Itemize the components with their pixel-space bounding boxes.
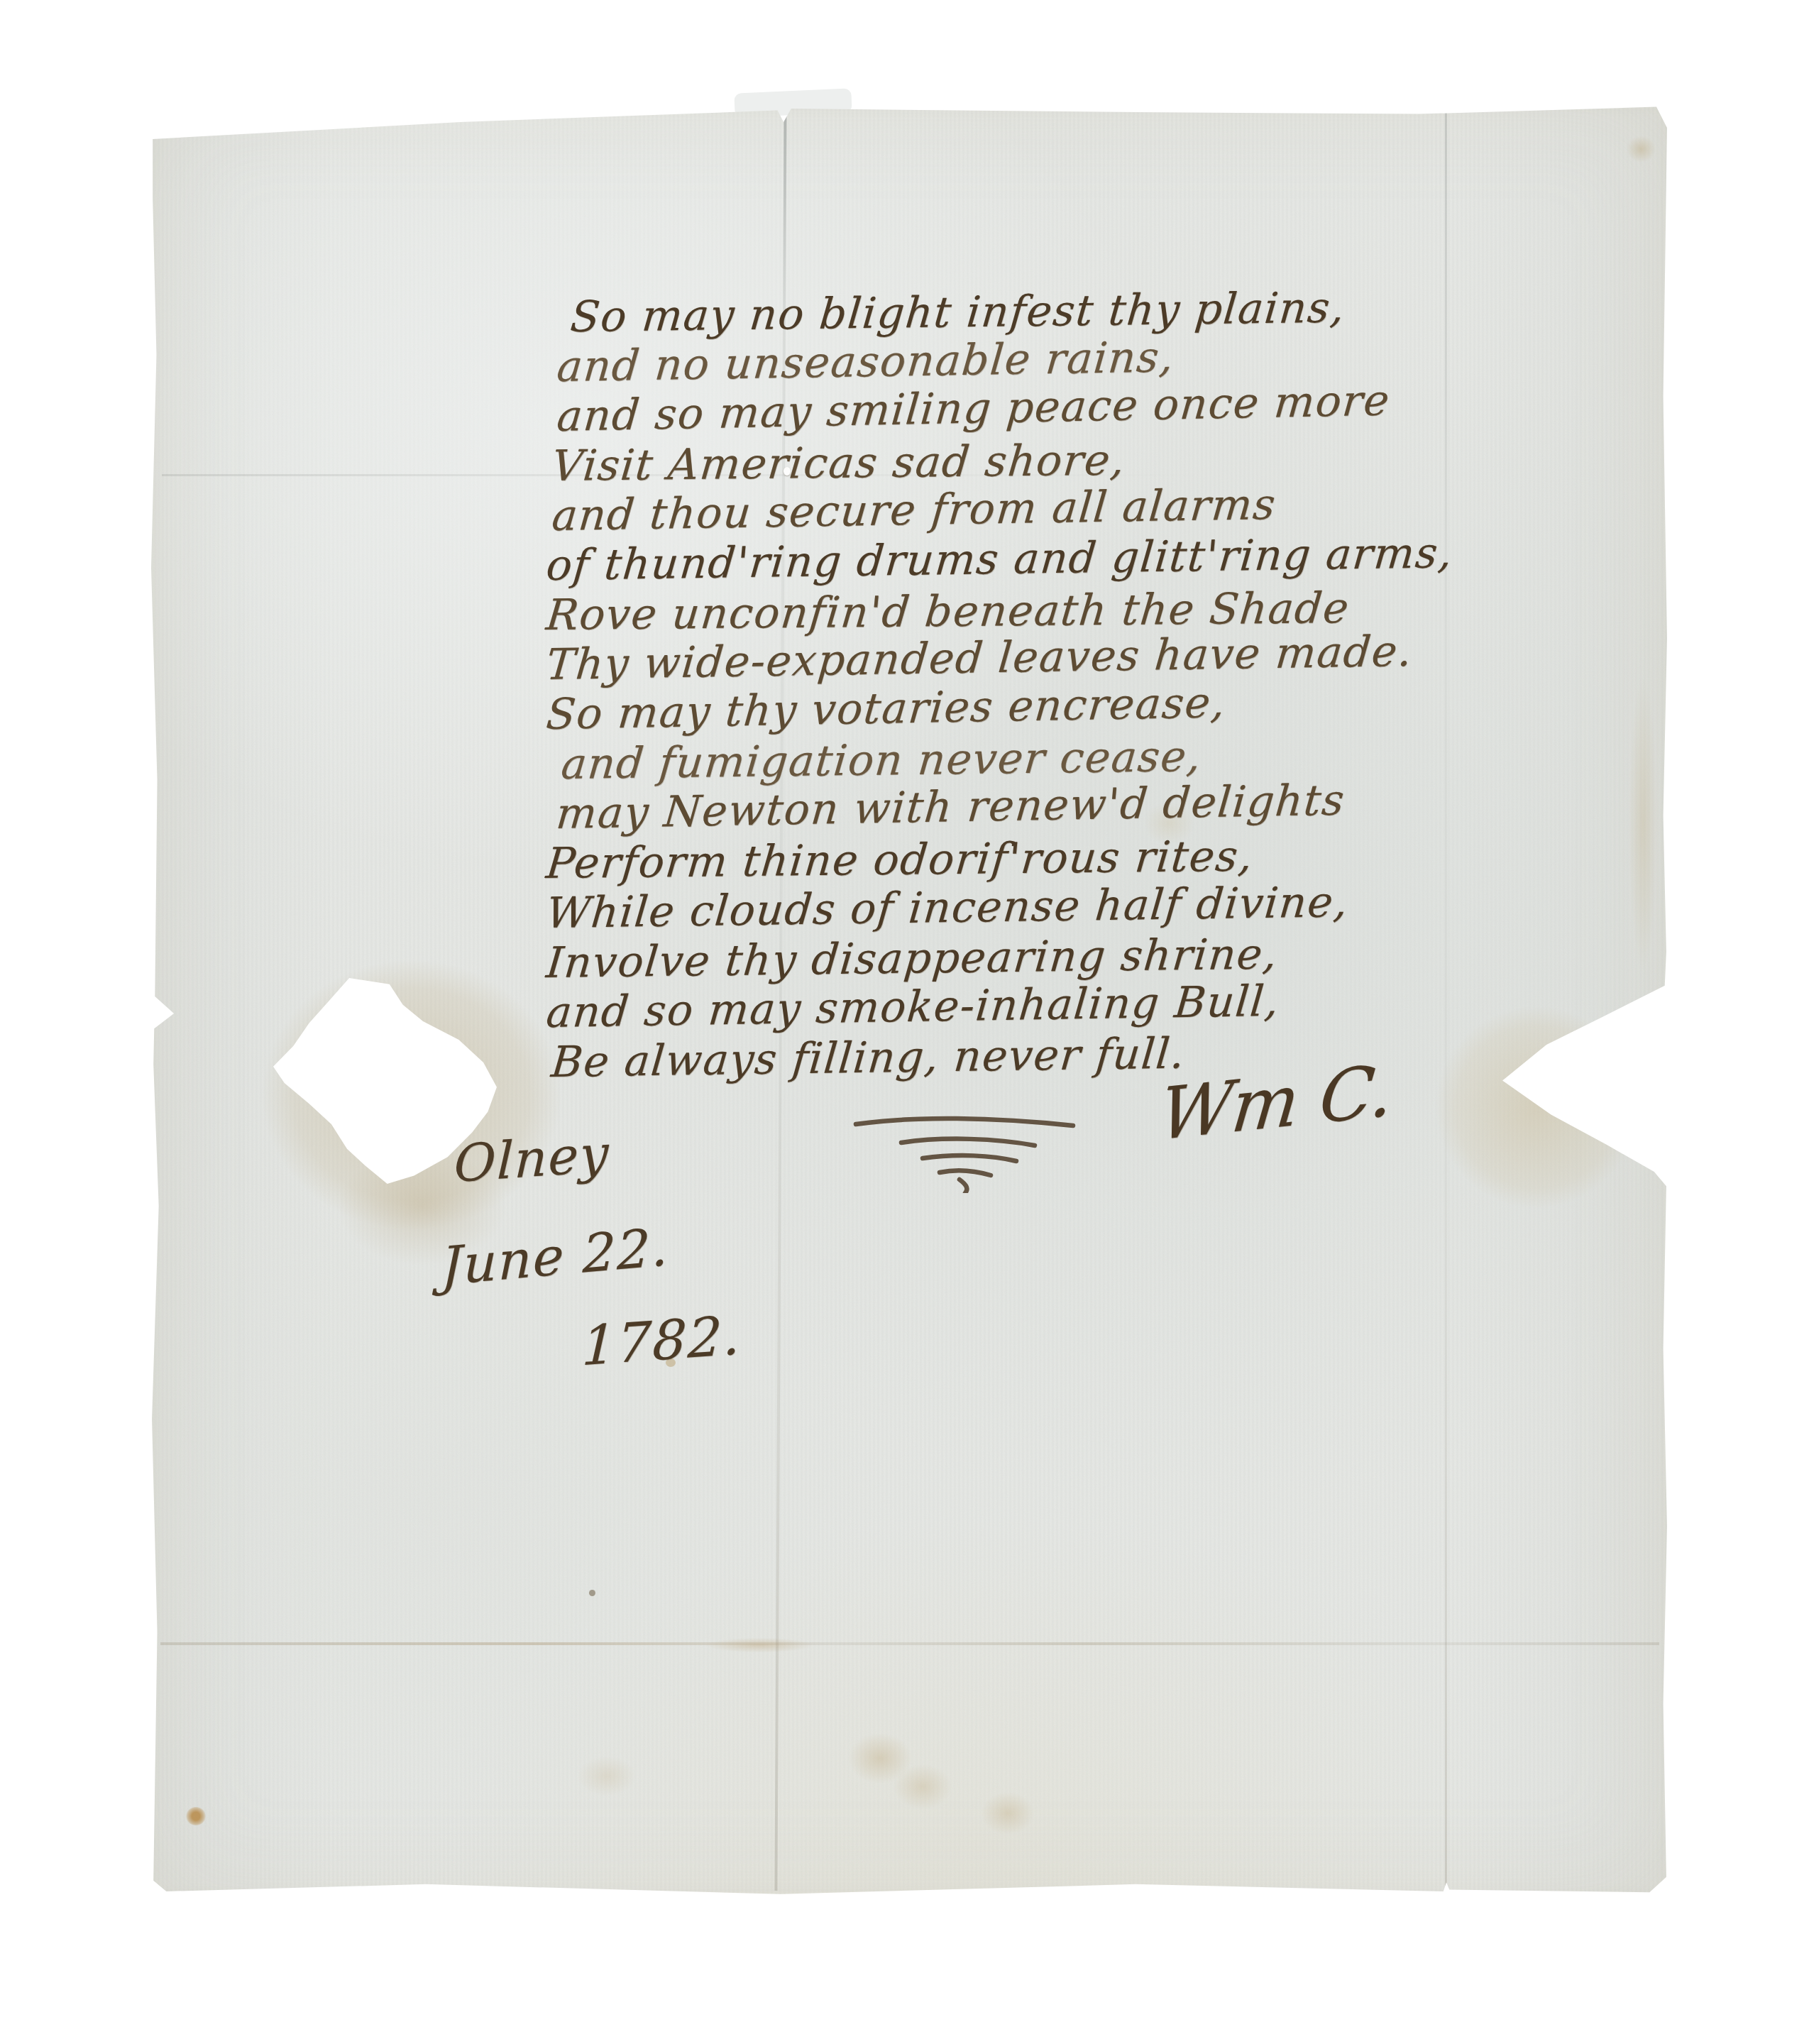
vertical-fold-crease-right xyxy=(1445,108,1447,1891)
year-line: 1782. xyxy=(581,1303,742,1378)
stain xyxy=(186,1807,206,1825)
stain xyxy=(568,1749,646,1803)
stain xyxy=(692,1636,827,1654)
poem-line: So may no blight infest thy plains, xyxy=(568,283,1348,342)
horizontal-fold-crease xyxy=(160,1642,1659,1645)
stain xyxy=(1622,131,1661,167)
letter-paper: So may no blight infest thy plains, and … xyxy=(151,105,1668,1895)
stain xyxy=(1402,972,1671,1242)
scanned-letter-page: So may no blight infest thy plains, and … xyxy=(0,0,1809,2044)
stain xyxy=(884,1757,962,1817)
ink-flourish-icon xyxy=(852,1111,1079,1193)
place-line: Olney xyxy=(453,1123,611,1194)
stain xyxy=(1625,639,1661,1008)
poem-line: Be always filling, never full. xyxy=(549,1028,1188,1087)
stain xyxy=(972,1785,1043,1842)
ink-speck xyxy=(589,1590,595,1596)
